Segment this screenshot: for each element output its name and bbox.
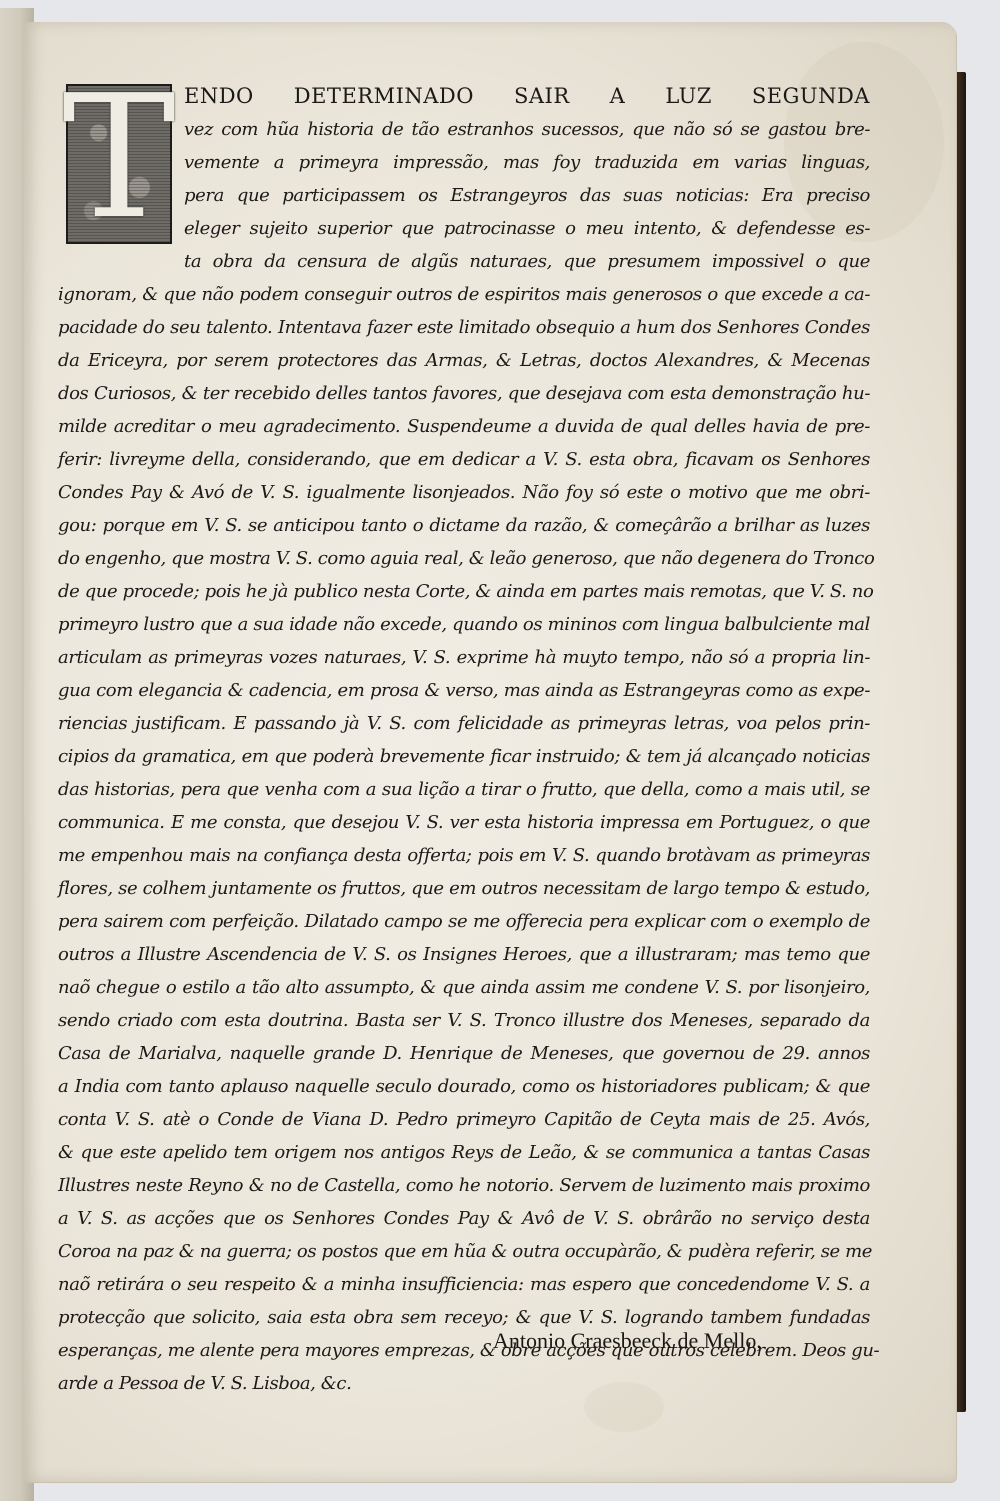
text-line: pera sairem com perfeição. Dilatado camp… — [58, 905, 870, 938]
dedication-text: ENDO DETERMINADO SAIR A LUZ SEGUNDA vez … — [58, 80, 870, 1400]
text-line: Condes Pay & Avó de V. S. igualmente lis… — [58, 476, 870, 509]
text-line: me empenhou mais na confiança desta offe… — [58, 839, 870, 872]
text-line: articulam as primeyras vozes naturaes, V… — [58, 641, 870, 674]
text-line: da Ericeyra, por serem protectores das A… — [58, 344, 870, 377]
text-line: a India com tanto aplauso naquelle secul… — [58, 1070, 870, 1103]
text-line: das historias, pera que venha com a sua … — [58, 773, 870, 806]
text-line: conta V. S. atè o Conde de Viana D. Pedr… — [58, 1103, 870, 1136]
text-line: naõ retirára o seu respeito & a minha in… — [58, 1268, 870, 1301]
text-line: de que procede; pois he jà publico nesta… — [58, 575, 870, 608]
text-line: gua com elegancia & cadencia, em prosa &… — [58, 674, 870, 707]
signature: Antonio Craesbeeck de Mello, — [493, 1328, 762, 1354]
text-line: primeyro lustro que a sua idade não exce… — [58, 608, 870, 641]
opening-heading: ENDO DETERMINADO SAIR A LUZ SEGUNDA — [58, 80, 870, 113]
text-line: Coroa na paz & na guerra; os postos que … — [58, 1235, 870, 1268]
text-line: ferir: livreyme della, considerando, que… — [58, 443, 870, 476]
text-line: vemente a primeyra impressão, mas foy tr… — [58, 146, 870, 179]
text-line: do engenho, que mostra V. S. como aguia … — [58, 542, 870, 575]
text-line: ta obra da censura de algũs naturaes, qu… — [58, 245, 870, 278]
text-line: a V. S. as acções que os Senhores Condes… — [58, 1202, 870, 1235]
text-line: eleger sujeito superior que patrocinasse… — [58, 212, 870, 245]
text-line: cipios da gramatica, em que poderà breve… — [58, 740, 870, 773]
text-line: & que este apelido tem origem nos antigo… — [58, 1136, 870, 1169]
text-line: sendo criado com esta doutrina. Basta se… — [58, 1004, 870, 1037]
text-line: ignoram, & que não podem conseguir outro… — [58, 278, 870, 311]
text-line: milde acreditar o meu agradecimento. Sus… — [58, 410, 870, 443]
text-line: pacidade do seu talento. Intentava fazer… — [58, 311, 870, 344]
text-line: communica. E me consta, que desejou V. S… — [58, 806, 870, 839]
text-line: outros a Illustre Ascendencia de V. S. o… — [58, 938, 870, 971]
text-line: pera que participassem os Estrangeyros d… — [58, 179, 870, 212]
text-line: dos Curiosos, & ter recebido delles tant… — [58, 377, 870, 410]
text-line: naõ chegue o estilo a tão alto assumpto,… — [58, 971, 870, 1004]
text-line: flores, se colhem juntamente os fruttos,… — [58, 872, 870, 905]
text-line: vez com hũa historia de tão estranhos su… — [58, 113, 870, 146]
text-line: Casa de Marialva, naquelle grande D. Hen… — [58, 1037, 870, 1070]
text-line: arde a Pessoa de V. S. Lisboa, &c. — [58, 1367, 870, 1400]
text-line: Illustres neste Reyno & no de Castella, … — [58, 1169, 870, 1202]
text-line: gou: porque em V. S. se anticipou tanto … — [58, 509, 870, 542]
text-line: riencias justificam. E passando jà V. S.… — [58, 707, 870, 740]
